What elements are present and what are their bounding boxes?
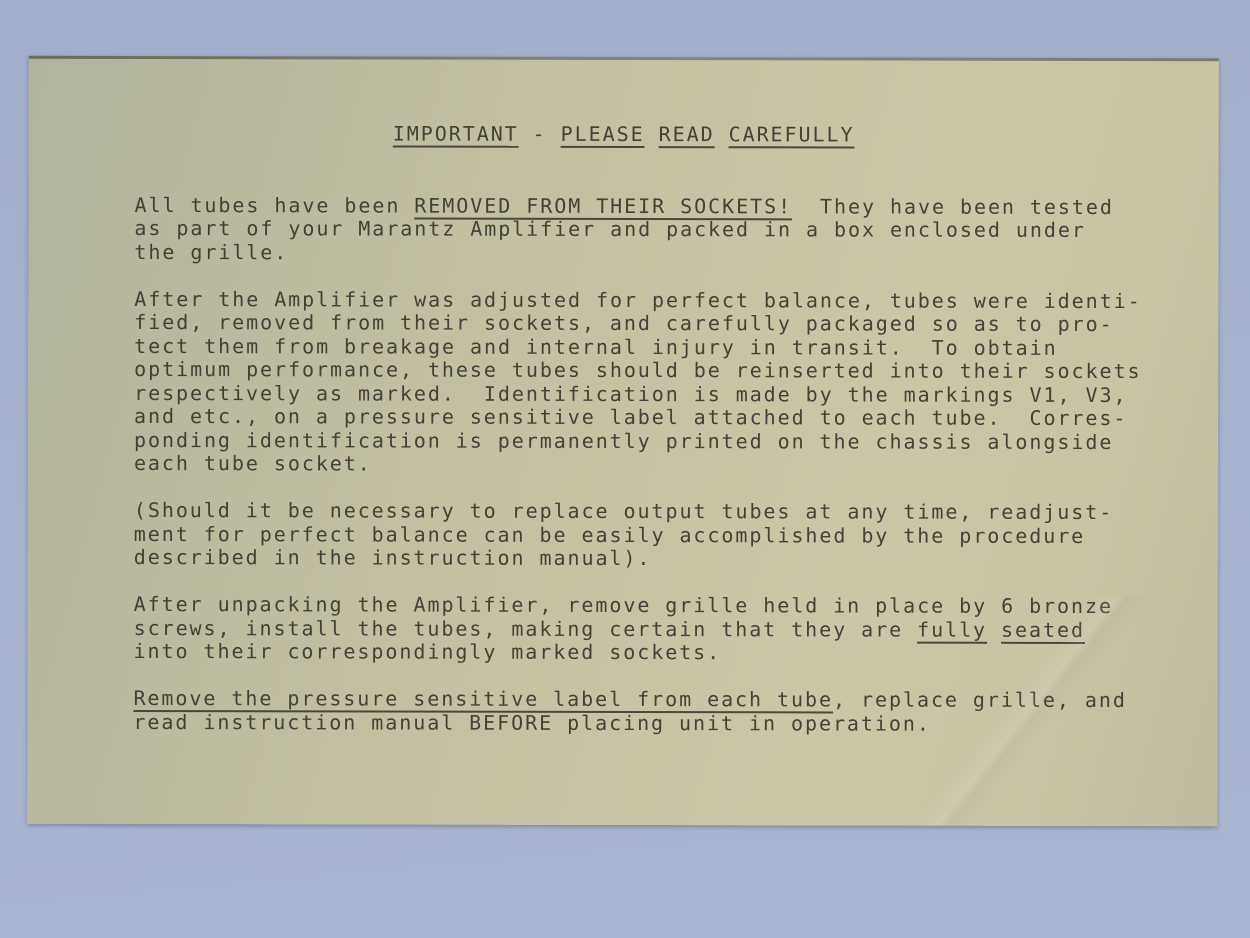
text-segment: All tubes have been [134,192,414,217]
text-line: screws, install the tubes, making certai… [134,616,1150,642]
text-segment: into their correspondingly marked socket… [134,639,722,664]
text-segment: - [519,122,561,146]
text-segment: ponding identification is permanently pr… [134,427,1113,453]
text-segment: described in the instruction manual). [134,545,652,570]
text-segment: tect them from breakage and internal inj… [134,333,1057,359]
text-segment: optimum performance, these tubes should … [134,357,1141,383]
text-segment: After unpacking the Amplifier, remove gr… [134,592,1113,618]
text-line: optimum performance, these tubes should … [134,358,1150,384]
text-segment: PLEASE [561,122,645,146]
paragraph: After unpacking the Amplifier, remove gr… [134,593,1150,666]
document-title: IMPORTANT - PLEASE READ CAREFULLY [29,122,1219,148]
text-segment: and etc., on a pressure sensitive label … [134,404,1127,430]
text-segment: After the Amplifier was adjusted for per… [134,286,1141,312]
text-segment: ment for perfect balance can be easily a… [134,521,1085,547]
text-segment: READ [659,122,715,146]
text-line: Remove the pressure sensitive label from… [133,687,1149,713]
text-line: read instruction manual BEFORE placing u… [133,710,1149,736]
text-segment: each tube socket. [134,451,372,475]
paragraph: Remove the pressure sensitive label from… [133,687,1149,736]
text-line: the grille. [134,240,1150,266]
text-segment: as part of your Marantz Amplifier and pa… [134,216,1085,242]
text-segment: CAREFULLY [729,122,855,146]
text-line: fied, removed from their sockets, and ca… [134,311,1150,337]
document-content: IMPORTANT - PLEASE READ CAREFULLY All tu… [27,56,1218,736]
text-line: described in the instruction manual). [134,546,1150,572]
paragraph: After the Amplifier was adjusted for per… [134,287,1150,477]
paragraph: All tubes have been REMOVED FROM THEIR S… [134,193,1150,266]
text-line: All tubes have been REMOVED FROM THEIR S… [134,193,1150,219]
text-segment: IMPORTANT [393,122,519,146]
text-segment [987,617,1001,641]
text-line: as part of your Marantz Amplifier and pa… [134,217,1150,243]
text-line: each tube socket. [134,452,1150,478]
text-line: (Should it be necessary to replace outpu… [134,499,1150,525]
text-segment: Remove the pressure sensitive label from… [133,686,833,711]
paper-card: IMPORTANT - PLEASE READ CAREFULLY All tu… [27,56,1219,826]
text-segment: fied, removed from their sockets, and ca… [134,310,1113,336]
text-segment: respectively as marked. Identification i… [134,380,1127,406]
text-segment: read instruction manual BEFORE placing u… [133,709,931,735]
text-line: After the Amplifier was adjusted for per… [134,287,1150,313]
text-line: into their correspondingly marked socket… [134,640,1150,666]
text-line: and etc., on a pressure sensitive label … [134,405,1150,431]
text-line: tect them from breakage and internal inj… [134,334,1150,360]
text-line: After unpacking the Amplifier, remove gr… [134,593,1150,619]
text-segment: REMOVED FROM THEIR SOCKETS! [414,193,792,218]
text-segment: (Should it be necessary to replace outpu… [134,498,1113,524]
text-segment: seated [1001,617,1085,641]
text-line: ment for perfect balance can be easily a… [134,522,1150,548]
paragraph: (Should it be necessary to replace outpu… [134,499,1150,572]
photo-background: IMPORTANT - PLEASE READ CAREFULLY All tu… [0,0,1250,938]
text-segment: They have been tested [792,194,1114,219]
text-segment: screws, install the tubes, making certai… [134,615,918,641]
text-segment: fully [917,617,987,641]
document-body: All tubes have been REMOVED FROM THEIR S… [133,193,1150,736]
text-segment: the grille. [134,239,288,263]
text-segment [645,122,659,146]
text-line: ponding identification is permanently pr… [134,428,1150,454]
text-segment [715,122,729,146]
text-segment: , replace grille, and [833,687,1127,712]
text-line: respectively as marked. Identification i… [134,381,1150,407]
